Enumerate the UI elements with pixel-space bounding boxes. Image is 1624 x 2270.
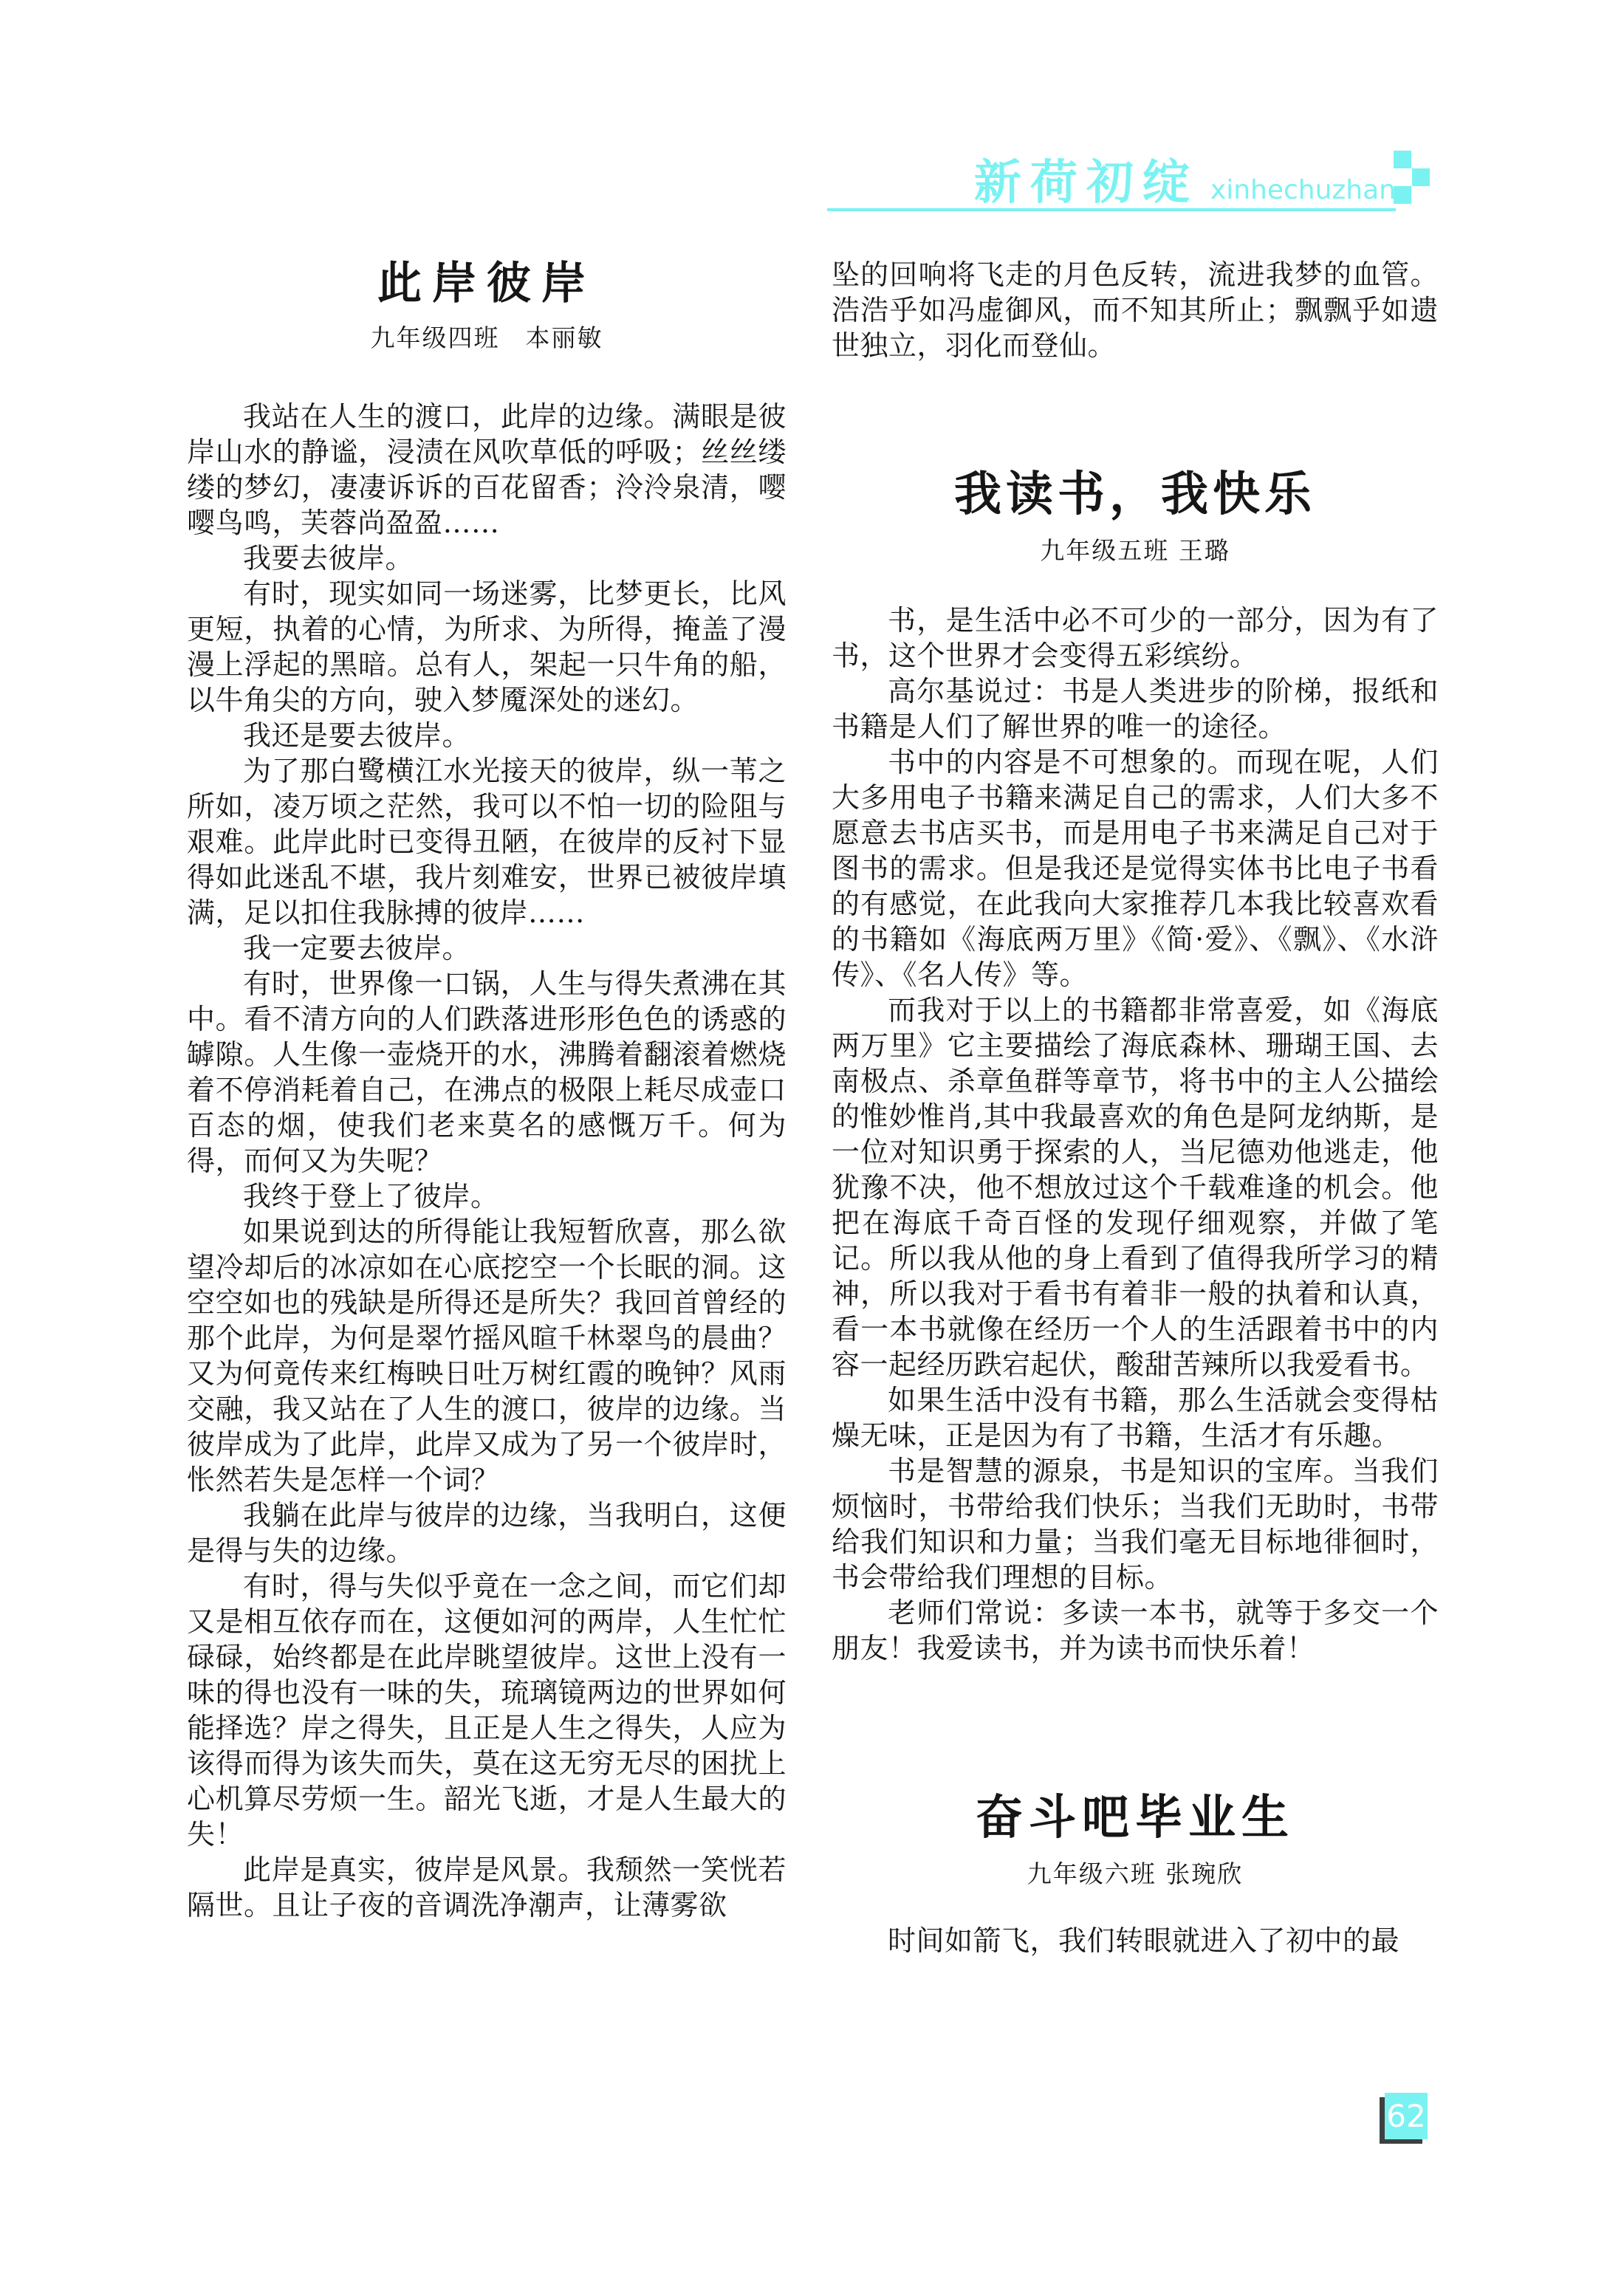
paragraph: 书，是生活中必不可少的一部分，因为有了书，这个世界才会变得五彩缤纷。 — [832, 603, 1439, 673]
paragraph: 时间如箭飞，我们转眼就进入了初中的最 — [832, 1923, 1439, 1958]
decor-square — [1394, 151, 1411, 168]
paragraph: 高尔基说过：书是人类进步的阶梯，报纸和书籍是人们了解世界的唯一的途径。 — [832, 673, 1439, 744]
article-title: 此岸彼岸 — [187, 257, 787, 310]
paragraph: 书中的内容是不可想象的。而现在呢，人们大多用电子书籍来满足自己的需求，人们大多不… — [832, 744, 1439, 992]
article-title: 我读书，我快乐 — [832, 467, 1439, 523]
continuation-paragraph: 坠的回响将飞走的月色反转，流进我梦的血管。浩浩乎如冯虚御风，而不知其所止；飘飘乎… — [832, 257, 1439, 363]
paragraph: 有时，现实如同一场迷雾，比梦更长，比风更短，执着的心情，为所求、为所得，掩盖了漫… — [187, 576, 787, 718]
right-column: 坠的回响将飞走的月色反转，流进我梦的血管。浩浩乎如冯虚御风，而不知其所止；飘飘乎… — [832, 257, 1439, 1958]
checker-squares-icon — [1394, 151, 1431, 204]
paragraph: 我终于登上了彼岸。 — [187, 1179, 787, 1214]
paragraph: 而我对于以上的书籍都非常喜爱，如《海底两万里》它主要描绘了海底森林、珊瑚王国、去… — [832, 992, 1439, 1382]
paragraph: 我要去彼岸。 — [187, 541, 787, 576]
paragraph: 为了那白鹭横江水光接天的彼岸，纵一苇之所如，凌万顷之茫然，我可以不怕一切的险阻与… — [187, 753, 787, 930]
page-header: 新荷初绽 xinhechuzhan — [827, 137, 1396, 207]
paragraph: 老师们常说：多读一本书，就等于多交一个朋友！我爱读书，并为读书而快乐着！ — [832, 1595, 1439, 1666]
article-byline: 九年级六班 张琬欣 — [832, 1858, 1439, 1890]
paragraph: 我站在人生的渡口，此岸的边缘。满眼是彼岸山水的静谧，浸渍在风吹草低的呼吸；丝丝缕… — [187, 399, 787, 541]
magazine-title: 新荷初绽 — [974, 160, 1199, 207]
article-title: 奋斗吧毕业生 — [832, 1790, 1439, 1846]
paragraph: 如果说到达的所得能让我短暂欣喜，那么欲望冷却后的冰凉如在心底挖空一个长眠的洞。这… — [187, 1214, 787, 1498]
page-number-badge: 62 — [1385, 2093, 1428, 2139]
paragraph: 我躺在此岸与彼岸的边缘，当我明白，这便是得与失的边缘。 — [187, 1498, 787, 1568]
article-byline: 九年级四班 本丽敏 — [187, 322, 787, 354]
magazine-title-pinyin: xinhechuzhan — [1210, 177, 1396, 207]
paragraph: 如果生活中没有书籍，那么生活就会变得枯燥无味，正是因为有了书籍，生活才有乐趣。 — [832, 1382, 1439, 1453]
decor-square — [1412, 168, 1430, 186]
decor-square — [1394, 186, 1411, 204]
paragraph: 此岸是真实，彼岸是风景。我颓然一笑恍若隔世。且让子夜的音调洗净潮声，让薄雾欲 — [187, 1852, 787, 1923]
paragraph: 书是智慧的源泉，书是知识的宝库。当我们烦恼时，书带给我们快乐；当我们无助时，书带… — [832, 1453, 1439, 1595]
header-rule — [827, 208, 1396, 211]
left-column: 此岸彼岸 九年级四班 本丽敏 我站在人生的渡口，此岸的边缘。满眼是彼岸山水的静谧… — [187, 257, 787, 1923]
page-number: 62 — [1386, 2101, 1425, 2132]
article-byline: 九年级五班 王璐 — [832, 535, 1439, 567]
paragraph: 有时，世界像一口锅，人生与得失煮沸在其中。看不清方向的人们跌落进形形色色的诱惑的… — [187, 966, 787, 1179]
magazine-page: 新荷初绽 xinhechuzhan 此岸彼岸 九年级四班 本丽敏 我站在人生的渡… — [0, 0, 1624, 2270]
paragraph: 我还是要去彼岸。 — [187, 718, 787, 753]
paragraph: 我一定要去彼岸。 — [187, 930, 787, 966]
paragraph: 有时，得与失似乎竟在一念之间，而它们却又是相互依存而在，这便如河的两岸，人生忙忙… — [187, 1568, 787, 1852]
